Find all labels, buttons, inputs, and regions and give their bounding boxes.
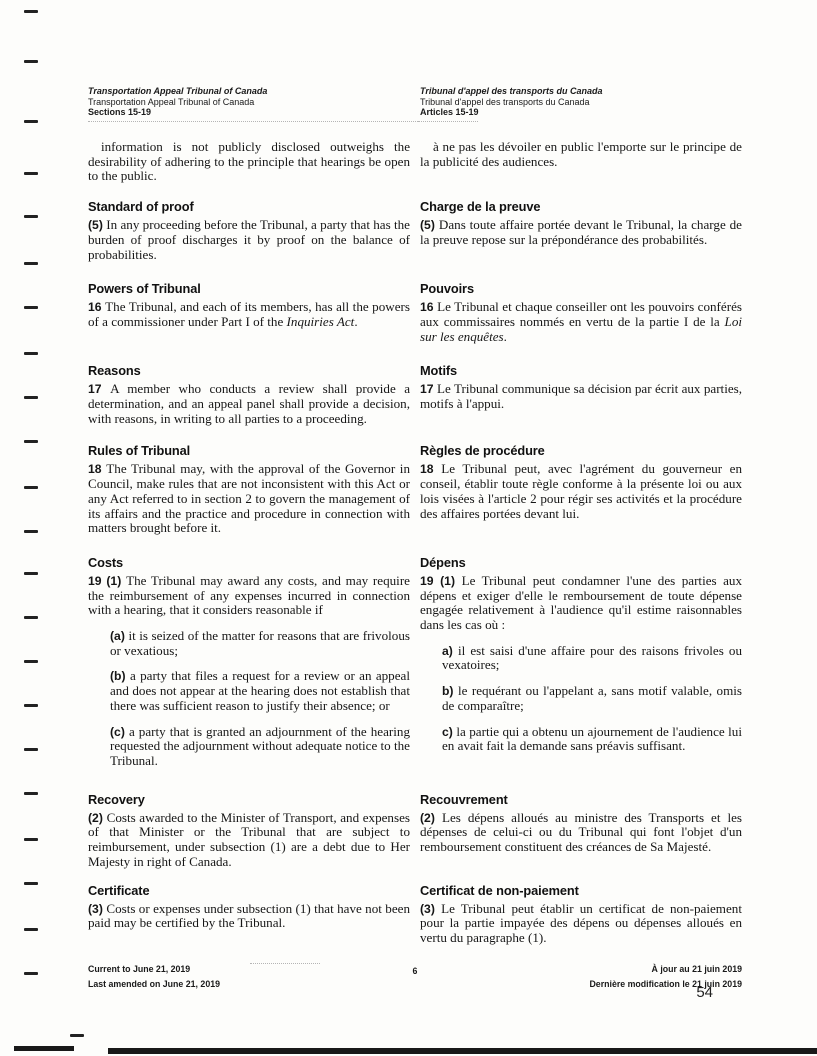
subparagraph-b: (b) a party that files a request for a r… xyxy=(110,669,410,713)
text-run: information is not publicly disclosed ou… xyxy=(88,139,410,183)
page-footer: Current to June 21, 2019 Last amended on… xyxy=(88,962,742,992)
text-run: The Tribunal may award any costs, and ma… xyxy=(88,573,410,617)
paragraph: 16 Le Tribunal et chaque conseiller ont … xyxy=(420,300,742,344)
text-run: il est saisi d'une affaire pour des rais… xyxy=(442,643,742,673)
provision-number: 16 xyxy=(420,300,437,314)
section-reasons: Reasons 17 A member who conducts a revie… xyxy=(88,363,742,426)
paragraph: 19 (1) Le Tribunal peut condamner l'une … xyxy=(420,574,742,633)
provision-number: (2) xyxy=(88,811,107,825)
page-header: Transportation Appeal Tribunal of Canada… xyxy=(88,86,742,118)
provision-number: 19 (1) xyxy=(420,574,462,588)
header-left: Transportation Appeal Tribunal of Canada… xyxy=(88,86,410,118)
text-run: le requérant ou l'appelant a, sans motif… xyxy=(442,683,742,713)
text-run: . xyxy=(354,314,357,329)
paragraph: (5) In any proceeding before the Tribuna… xyxy=(88,218,410,262)
scan-mark xyxy=(70,1034,84,1037)
column-english: Reasons 17 A member who conducts a revie… xyxy=(88,363,410,426)
footer-page-number: 6 xyxy=(395,962,435,992)
scan-mark xyxy=(24,748,38,751)
section-heading: Reasons xyxy=(88,363,410,378)
footer-left: Current to June 21, 2019 Last amended on… xyxy=(88,962,395,992)
scan-mark xyxy=(24,215,38,218)
column-english: Powers of Tribunal 16 The Tribunal, and … xyxy=(88,281,410,344)
scan-mark xyxy=(24,792,38,795)
header-left-sections-range: Sections 15-19 xyxy=(88,107,410,118)
text-run: Le Tribunal peut établir un certificat d… xyxy=(420,901,742,945)
provision-number: (5) xyxy=(88,218,106,232)
text-run: Le Tribunal et chaque conseiller ont les… xyxy=(420,299,742,329)
text-run: à ne pas les dévoiler en public l'emport… xyxy=(420,139,742,169)
scan-mark xyxy=(24,838,38,841)
provision-number: 17 xyxy=(88,382,110,396)
section-costs: Costs 19 (1) The Tribunal may award any … xyxy=(88,555,742,769)
section-heading: Dépens xyxy=(420,555,742,570)
scan-mark xyxy=(24,352,38,355)
text-run: Les dépens alloués au ministre des Trans… xyxy=(420,810,742,854)
scan-mark xyxy=(24,572,38,575)
section-heading: Certificat de non-paiement xyxy=(420,883,742,898)
text-run: la partie qui a obtenu un ajournement de… xyxy=(442,724,742,754)
provision-number: (5) xyxy=(420,218,439,232)
header-right-act-title: Tribunal d'appel des transports du Canad… xyxy=(420,86,742,97)
section-recovery: Recovery (2) Costs awarded to the Minist… xyxy=(88,792,742,870)
header-right-act-subtitle: Tribunal d'appel des transports du Canad… xyxy=(420,97,742,108)
provision-number: (3) xyxy=(88,902,106,916)
section-heading: Motifs xyxy=(420,363,742,378)
scan-edge-bar-left xyxy=(14,1046,74,1051)
provision-number: b) xyxy=(442,684,458,698)
paragraph: à ne pas les dévoiler en public l'emport… xyxy=(420,140,742,169)
provision-number: c) xyxy=(442,725,456,739)
header-right-articles-range: Articles 15-19 xyxy=(420,107,742,118)
footer-last-amended: Last amended on June 21, 2019 xyxy=(88,977,395,992)
scan-mark xyxy=(24,440,38,443)
paragraph: 17 Le Tribunal communique sa décision pa… xyxy=(420,382,742,411)
provision-number: (3) xyxy=(420,902,441,916)
act-title-italic: Inquiries Act xyxy=(287,314,355,329)
section-heading: Règles de procédure xyxy=(420,443,742,458)
provision-number: a) xyxy=(442,644,458,658)
paragraph: (2) Costs awarded to the Minister of Tra… xyxy=(88,811,410,870)
scan-mark xyxy=(24,660,38,663)
column-english: information is not publicly disclosed ou… xyxy=(88,140,410,184)
column-english: Certificate (3) Costs or expenses under … xyxy=(88,883,410,946)
scan-mark xyxy=(24,616,38,619)
scan-mark xyxy=(24,972,38,975)
subparagraph-a: (a) it is seized of the matter for reaso… xyxy=(110,629,410,658)
section-heading: Standard of proof xyxy=(88,199,410,214)
page-stamp-number: 54 xyxy=(696,984,713,1001)
scan-mark xyxy=(24,704,38,707)
text-run: Le Tribunal peut, avec l'agrément du gou… xyxy=(420,461,742,520)
scan-mark xyxy=(24,306,38,309)
section-heading: Recovery xyxy=(88,792,410,807)
section-heading: Charge de la preuve xyxy=(420,199,742,214)
text-run: Costs or expenses under subsection (1) t… xyxy=(88,901,410,931)
text-run: it is seized of the matter for reasons t… xyxy=(110,628,410,658)
column-english: Rules of Tribunal 18 The Tribunal may, w… xyxy=(88,443,410,536)
paragraph: 17 A member who conducts a review shall … xyxy=(88,382,410,426)
section-rules-of-tribunal: Rules of Tribunal 18 The Tribunal may, w… xyxy=(88,443,742,536)
text-run: a party that is granted an adjournment o… xyxy=(110,724,410,768)
column-english: Recovery (2) Costs awarded to the Minist… xyxy=(88,792,410,870)
column-french: à ne pas les dévoiler en public l'emport… xyxy=(420,140,742,184)
column-french: Motifs 17 Le Tribunal communique sa déci… xyxy=(420,363,742,426)
paragraph: 18 The Tribunal may, with the approval o… xyxy=(88,462,410,536)
header-left-act-title: Transportation Appeal Tribunal of Canada xyxy=(88,86,410,97)
paragraph: (3) Costs or expenses under subsection (… xyxy=(88,902,410,931)
scan-mark xyxy=(24,262,38,265)
text-run: Costs awarded to the Minister of Transpo… xyxy=(88,810,410,869)
scan-mark xyxy=(24,396,38,399)
document-body: information is not publicly disclosed ou… xyxy=(88,122,742,946)
scan-mark xyxy=(24,928,38,931)
provision-number: 16 xyxy=(88,300,105,314)
column-french: Certificat de non-paiement (3) Le Tribun… xyxy=(420,883,742,946)
column-french: Charge de la preuve (5) Dans toute affai… xyxy=(420,199,742,262)
section-heading: Rules of Tribunal xyxy=(88,443,410,458)
text-run: Dans toute affaire portée devant le Trib… xyxy=(420,217,742,247)
provision-number: (2) xyxy=(420,811,442,825)
paragraph: (2) Les dépens alloués au ministre des T… xyxy=(420,811,742,855)
subparagraph-b: b) le requérant ou l'appelant a, sans mo… xyxy=(442,684,742,713)
column-english: Costs 19 (1) The Tribunal may award any … xyxy=(88,555,410,769)
footer-a-jour: À jour au 21 juin 2019 xyxy=(435,962,742,977)
section-heading: Costs xyxy=(88,555,410,570)
column-english: Standard of proof (5) In any proceeding … xyxy=(88,199,410,262)
subparagraph-c: c) la partie qui a obtenu un ajournement… xyxy=(442,725,742,754)
section-heading: Recouvrement xyxy=(420,792,742,807)
column-french: Dépens 19 (1) Le Tribunal peut condamner… xyxy=(420,555,742,769)
text-run: In any proceeding before the Tribunal, a… xyxy=(88,217,410,261)
text-run: a party that files a request for a revie… xyxy=(110,668,410,712)
provision-number: (a) xyxy=(110,629,128,643)
scan-edge-bar xyxy=(108,1048,817,1054)
paragraph: 16 The Tribunal, and each of its members… xyxy=(88,300,410,329)
scan-mark xyxy=(24,882,38,885)
section-powers-of-tribunal: Powers of Tribunal 16 The Tribunal, and … xyxy=(88,281,742,344)
paragraph: (3) Le Tribunal peut établir un certific… xyxy=(420,902,742,946)
scan-mark xyxy=(24,172,38,175)
scan-mark xyxy=(24,120,38,123)
scan-mark xyxy=(24,530,38,533)
section-certificate: Certificate (3) Costs or expenses under … xyxy=(88,883,742,946)
text-run: The Tribunal, and each of its members, h… xyxy=(88,299,410,329)
section-standard-of-proof: Standard of proof (5) In any proceeding … xyxy=(88,199,742,262)
provision-number: 18 xyxy=(88,462,106,476)
column-french: Pouvoirs 16 Le Tribunal et chaque consei… xyxy=(420,281,742,344)
header-right: Tribunal d'appel des transports du Canad… xyxy=(420,86,742,118)
provision-number: (b) xyxy=(110,669,130,683)
section-heading: Powers of Tribunal xyxy=(88,281,410,296)
text-run: A member who conducts a review shall pro… xyxy=(88,381,410,425)
section-continuation: information is not publicly disclosed ou… xyxy=(88,140,742,184)
provision-number: (c) xyxy=(110,725,129,739)
paragraph: (5) Dans toute affaire portée devant le … xyxy=(420,218,742,247)
footer-current-to: Current to June 21, 2019 xyxy=(88,962,395,977)
section-heading: Pouvoirs xyxy=(420,281,742,296)
column-french: Recouvrement (2) Les dépens alloués au m… xyxy=(420,792,742,870)
subparagraph-a: a) il est saisi d'une affaire pour des r… xyxy=(442,644,742,673)
paragraph: information is not publicly disclosed ou… xyxy=(88,140,410,184)
text-run: The Tribunal may, with the approval of t… xyxy=(88,461,410,535)
scan-mark xyxy=(24,60,38,63)
provision-number: 19 (1) xyxy=(88,574,126,588)
scanned-document-page: Transportation Appeal Tribunal of Canada… xyxy=(0,0,817,1056)
paragraph: 18 Le Tribunal peut, avec l'agrément du … xyxy=(420,462,742,521)
text-run: Le Tribunal peut condamner l'une des par… xyxy=(420,573,742,632)
subparagraph-c: (c) a party that is granted an adjournme… xyxy=(110,725,410,769)
text-run: Le Tribunal communique sa décision par é… xyxy=(420,381,742,411)
header-left-act-subtitle: Transportation Appeal Tribunal of Canada xyxy=(88,97,410,108)
text-run: . xyxy=(504,329,507,344)
section-heading: Certificate xyxy=(88,883,410,898)
column-french: Règles de procédure 18 Le Tribunal peut,… xyxy=(420,443,742,536)
scan-mark xyxy=(24,486,38,489)
scan-mark xyxy=(24,10,38,13)
provision-number: 18 xyxy=(420,462,441,476)
provision-number: 17 xyxy=(420,382,437,396)
paragraph: 19 (1) The Tribunal may award any costs,… xyxy=(88,574,410,618)
